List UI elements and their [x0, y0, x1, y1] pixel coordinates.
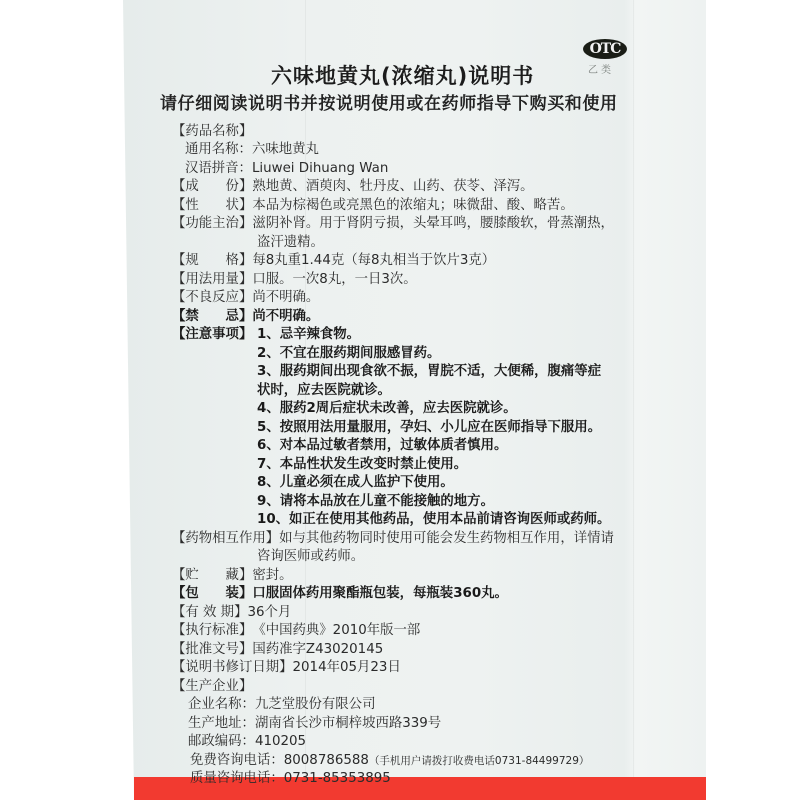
adverse-reactions-value: 尚不明确。 — [252, 290, 319, 305]
quality-tel-value: 0731-85353895 — [284, 771, 391, 786]
interactions-row: 【药物相互作用】如与其他药物同时使用可能会发生药物相互作用，详情请 — [172, 530, 614, 548]
precaution-item: 7、本品性状发生改变时禁止使用。 — [257, 456, 467, 474]
company-row: 企业名称：九芝堂股份有限公司 — [188, 696, 375, 714]
packaging-row: 【包 装】口服固体药用聚酯瓶包装，每瓶装360丸。 — [172, 585, 508, 603]
standard-value: 《中国药典》2010年版一部 — [252, 623, 420, 638]
ingredients-row: 【成 份】熟地黄、酒萸肉、牡丹皮、山药、茯苓、泽泻。 — [172, 178, 534, 196]
quality-tel-row: 质量咨询电话：0731-85353895 — [190, 770, 391, 788]
precaution-item: 4、服药2周后症状未改善，应去医院就诊。 — [257, 400, 517, 418]
standard-row: 【执行标准】《中国药典》2010年版一部 — [172, 622, 420, 640]
specification-value: 每8丸重1.44克（每8丸相当于饮片3克） — [252, 253, 495, 268]
revision-date-row: 【说明书修订日期】2014年05月23日 — [172, 659, 401, 677]
precaution-item: 6、对本品过敏者禁用，过敏体质者慎用。 — [257, 437, 507, 455]
ingredients-value: 熟地黄、酒萸肉、牡丹皮、山药、茯苓、泽泻。 — [252, 179, 533, 194]
contraindications-label: 【禁 忌】 — [172, 308, 252, 326]
interactions-label: 【药物相互作用】 — [172, 530, 279, 548]
address-value: 湖南省长沙市桐梓坡西路339号 — [255, 716, 441, 731]
precaution-item: 9、请将本品放在儿童不能接触的地方。 — [257, 493, 494, 511]
shelf-life-value: 36个月 — [247, 605, 291, 620]
hotline-value: 8008786588 — [284, 753, 369, 768]
indications-value: 滋阴补肾。用于肾阴亏损，头晕耳鸣，腰膝酸软，骨蒸潮热， — [252, 216, 614, 231]
indications-label: 【功能主治】 — [172, 215, 252, 233]
revision-date-value: 2014年05月23日 — [293, 660, 401, 675]
address-label: 生产地址： — [188, 716, 255, 731]
dosage-row: 【用法用量】口服。一次8丸，一日3次。 — [172, 271, 417, 289]
precaution-item: 5、按照用法用量服用，孕妇、小儿应在医师指导下服用。 — [257, 419, 601, 437]
specification-label: 【规 格】 — [172, 252, 252, 270]
indications-continuation: 盗汗遗精。 — [257, 234, 324, 252]
precaution-item: 1、忌辛辣食物。 — [257, 326, 360, 344]
specification-row: 【规 格】每8丸重1.44克（每8丸相当于饮片3克） — [172, 252, 495, 270]
precaution-item: 10、如正在使用其他药品，使用本品前请咨询医师或药师。 — [257, 511, 610, 529]
postcode-row: 邮政编码：410205 — [188, 733, 306, 751]
interactions-continuation: 咨询医师或药师。 — [257, 548, 364, 566]
storage-row: 【贮 藏】密封。 — [172, 567, 293, 585]
revision-date-label: 【说明书修订日期】 — [172, 659, 293, 677]
approval-number-label: 【批准文号】 — [172, 641, 252, 659]
precaution-item-continuation: 状时，应去医院就诊。 — [257, 382, 391, 400]
dosage-value: 口服。一次8丸，一日3次。 — [252, 272, 416, 287]
shelf-life-row: 【有 效 期】36个月 — [172, 604, 291, 622]
postcode-value: 410205 — [255, 734, 306, 749]
storage-label: 【贮 藏】 — [172, 567, 252, 585]
character-value: 本品为棕褐色或亮黑色的浓缩丸；味微甜、酸、略苦。 — [252, 198, 573, 213]
pinyin-label: 汉语拼音： — [185, 161, 252, 176]
manufacturer-heading: 【生产企业】 — [172, 678, 252, 696]
adverse-reactions-label: 【不良反应】 — [172, 289, 252, 307]
packaging-label: 【包 装】 — [172, 585, 252, 603]
company-label: 企业名称： — [188, 697, 255, 712]
generic-name-value: 六味地黄丸 — [252, 142, 319, 157]
adverse-reactions-row: 【不良反应】尚不明确。 — [172, 289, 319, 307]
precaution-item: 3、服药期间出现食欲不振，胃脘不适，大便稀，腹痛等症 — [257, 363, 601, 381]
storage-value: 密封。 — [252, 568, 292, 583]
otc-class-label: 乙类 — [588, 61, 614, 76]
postcode-label: 邮政编码： — [188, 734, 255, 749]
precaution-item: 2、不宜在服药期间服感冒药。 — [257, 345, 440, 363]
approval-number-value: 国药准字Z43020145 — [252, 642, 383, 657]
company-value: 九芝堂股份有限公司 — [255, 697, 376, 712]
character-row: 【性 状】本品为棕褐色或亮黑色的浓缩丸；味微甜、酸、略苦。 — [172, 197, 574, 215]
pinyin-value: Liuwei Dihuang Wan — [252, 161, 388, 176]
contraindications-row: 【禁 忌】尚不明确。 — [172, 308, 319, 326]
precaution-item: 8、儿童必须在成人监护下使用。 — [257, 474, 454, 492]
precautions-label: 【注意事项】 — [172, 326, 252, 344]
document-subtitle: 请仔细阅读说明书并按说明使用或在药师指导下购买和使用 — [160, 89, 618, 114]
approval-number-row: 【批准文号】国药准字Z43020145 — [172, 641, 383, 659]
generic-name-row: 通用名称：六味地黄丸 — [185, 141, 319, 159]
indications-row: 【功能主治】滋阴补肾。用于肾阴亏损，头晕耳鸣，腰膝酸软，骨蒸潮热， — [172, 215, 614, 233]
hotline-row: 免费咨询电话：8008786588（手机用户请拨打收费电话0731-844997… — [190, 752, 589, 770]
paper-fold — [633, 0, 634, 800]
drug-name-heading: 【药品名称】 — [172, 123, 252, 141]
quality-tel-label: 质量咨询电话： — [190, 771, 284, 786]
ingredients-label: 【成 份】 — [172, 178, 252, 196]
contraindications-value: 尚不明确。 — [252, 309, 319, 324]
generic-name-label: 通用名称： — [185, 142, 252, 157]
dosage-label: 【用法用量】 — [172, 271, 252, 289]
standard-label: 【执行标准】 — [172, 622, 252, 640]
address-row: 生产地址：湖南省长沙市桐梓坡西路339号 — [188, 715, 441, 733]
packaging-value: 口服固体药用聚酯瓶包装，每瓶装360丸。 — [252, 586, 508, 601]
otc-badge: OTC — [583, 39, 627, 59]
interactions-value: 如与其他药物同时使用可能会发生药物相互作用，详情请 — [279, 531, 614, 546]
character-label: 【性 状】 — [172, 197, 252, 215]
pinyin-row: 汉语拼音：Liuwei Dihuang Wan — [185, 160, 388, 178]
hotline-label: 免费咨询电话： — [190, 753, 284, 768]
hotline-note: （手机用户请拨打收费电话0731-84499729） — [369, 755, 589, 767]
document-title: 六味地黄丸(浓缩丸)说明书 — [271, 60, 534, 90]
shelf-life-label: 【有 效 期】 — [172, 604, 247, 622]
